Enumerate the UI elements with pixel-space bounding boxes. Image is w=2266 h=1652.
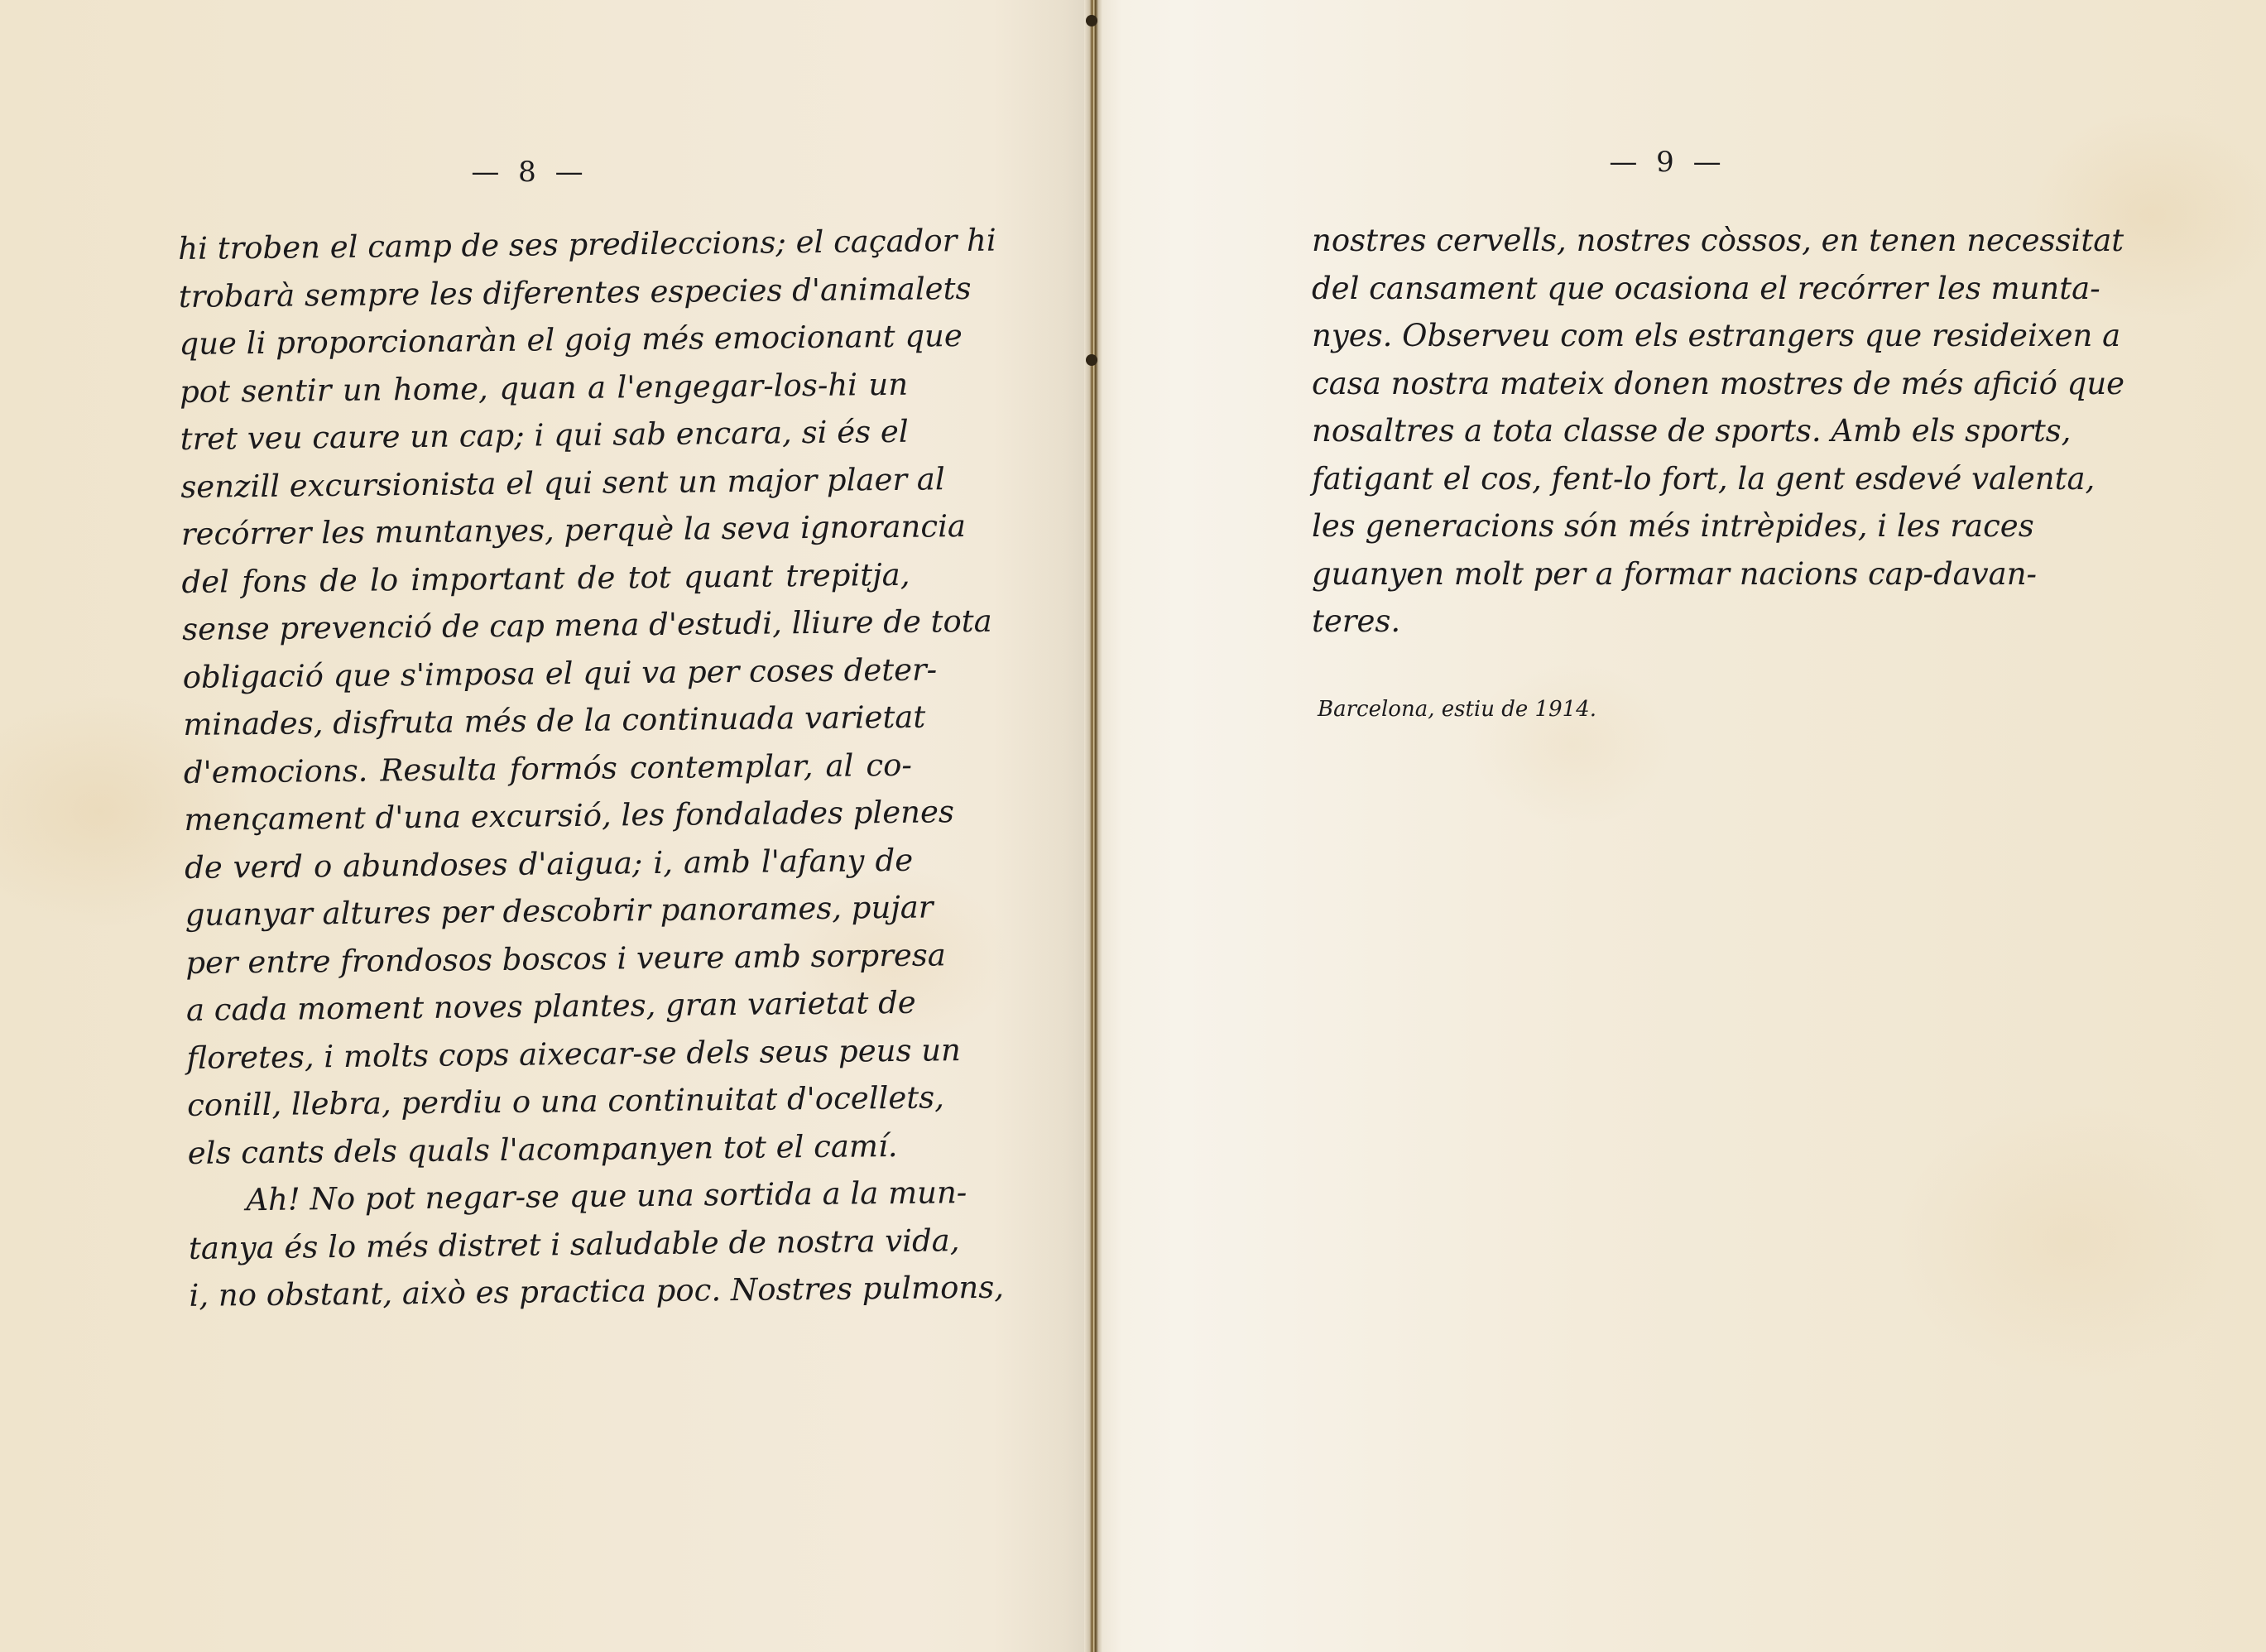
text-line: tanya és lo més distret i saludable de n… [189,1217,918,1272]
text-line: conill, llebra, perdiu o una continuitat… [187,1074,916,1130]
page-number: — 9 — [1609,146,1726,179]
text-line: que li proporcionaràn el goig més emocio… [179,313,908,368]
text-line: fatigant el cos, fent-lo fort, la gent e… [1312,455,2032,503]
text-line: teres. [1312,598,2032,646]
left-page: — 8 — hi troben el camp de ses predilecc… [0,0,1092,1652]
text-line: obligació que s'imposa el qui va per cos… [182,646,911,701]
text-line: a cada moment noves plantes, gran variet… [186,979,915,1035]
text-line: els cants dels quals l'acompanyen tot el… [187,1121,916,1177]
text-line: floretes, i molts cops aixecar-se dels s… [186,1026,915,1082]
place-date-signature: Barcelona, estiu de 1914. [1318,697,1596,722]
book-spread: — 8 — hi troben el camp de ses predilecc… [0,0,2266,1652]
text-line: senzill excursionista el qui sent un maj… [180,455,910,511]
text-line: hi troben el camp de ses predileccions; … [178,218,907,273]
text-line: Ah! No pot negar-se que una sortida a la… [188,1169,917,1225]
text-line: les generacions són més intrèpides, i le… [1312,502,2032,550]
body-text: hi troben el camp de ses predileccions; … [178,218,918,1320]
text-line: i, no obstant, això es practica poc. Nos… [189,1265,918,1320]
text-line: recórrer les muntanyes, perquè la seva i… [181,503,910,559]
text-line: d'emocions. Resulta formós contemplar, a… [184,741,913,796]
text-line: trobarà sempre les diferentes especies d… [179,265,908,320]
text-line: de verd o abundoses d'aigua; i, amb l'af… [185,836,914,891]
text-line: mençament d'una excursió, les fondalades… [184,789,913,844]
text-line: del cansament que ocasiona el recórrer l… [1312,265,2032,313]
text-line: minades, disfruta més de la continuada v… [183,694,912,749]
text-line: del fons de lo important de tot quant tr… [181,550,910,606]
text-line: nyes. Observeu com els estrangers que re… [1312,312,2032,360]
text-line: guanyar altures per descobrir panorames,… [185,884,914,939]
text-line: nostres cervells, nostres còssos, en ten… [1312,217,2032,265]
text-line: casa nostra mateix donen mostres de més … [1312,360,2032,408]
text-line: tret veu caure un cap; i qui sab encara,… [180,408,909,463]
body-text: nostres cervells, nostres còssos, en ten… [1312,217,2032,646]
right-page: — 9 — nostres cervells, nostres còssos, … [1101,0,2266,1652]
page-number: — 8 — [471,156,588,189]
text-line: nosaltres a tota classe de sports. Amb e… [1312,407,2032,455]
text-line: per entre frondosos boscos i veure amb s… [185,931,915,987]
text-line: pot sentir un home, quan a l'engegar-los… [180,360,909,415]
text-line: guanyen molt per a formar nacions cap-da… [1312,550,2032,598]
text-line: sense prevenció de cap mena d'estudi, ll… [182,598,911,654]
